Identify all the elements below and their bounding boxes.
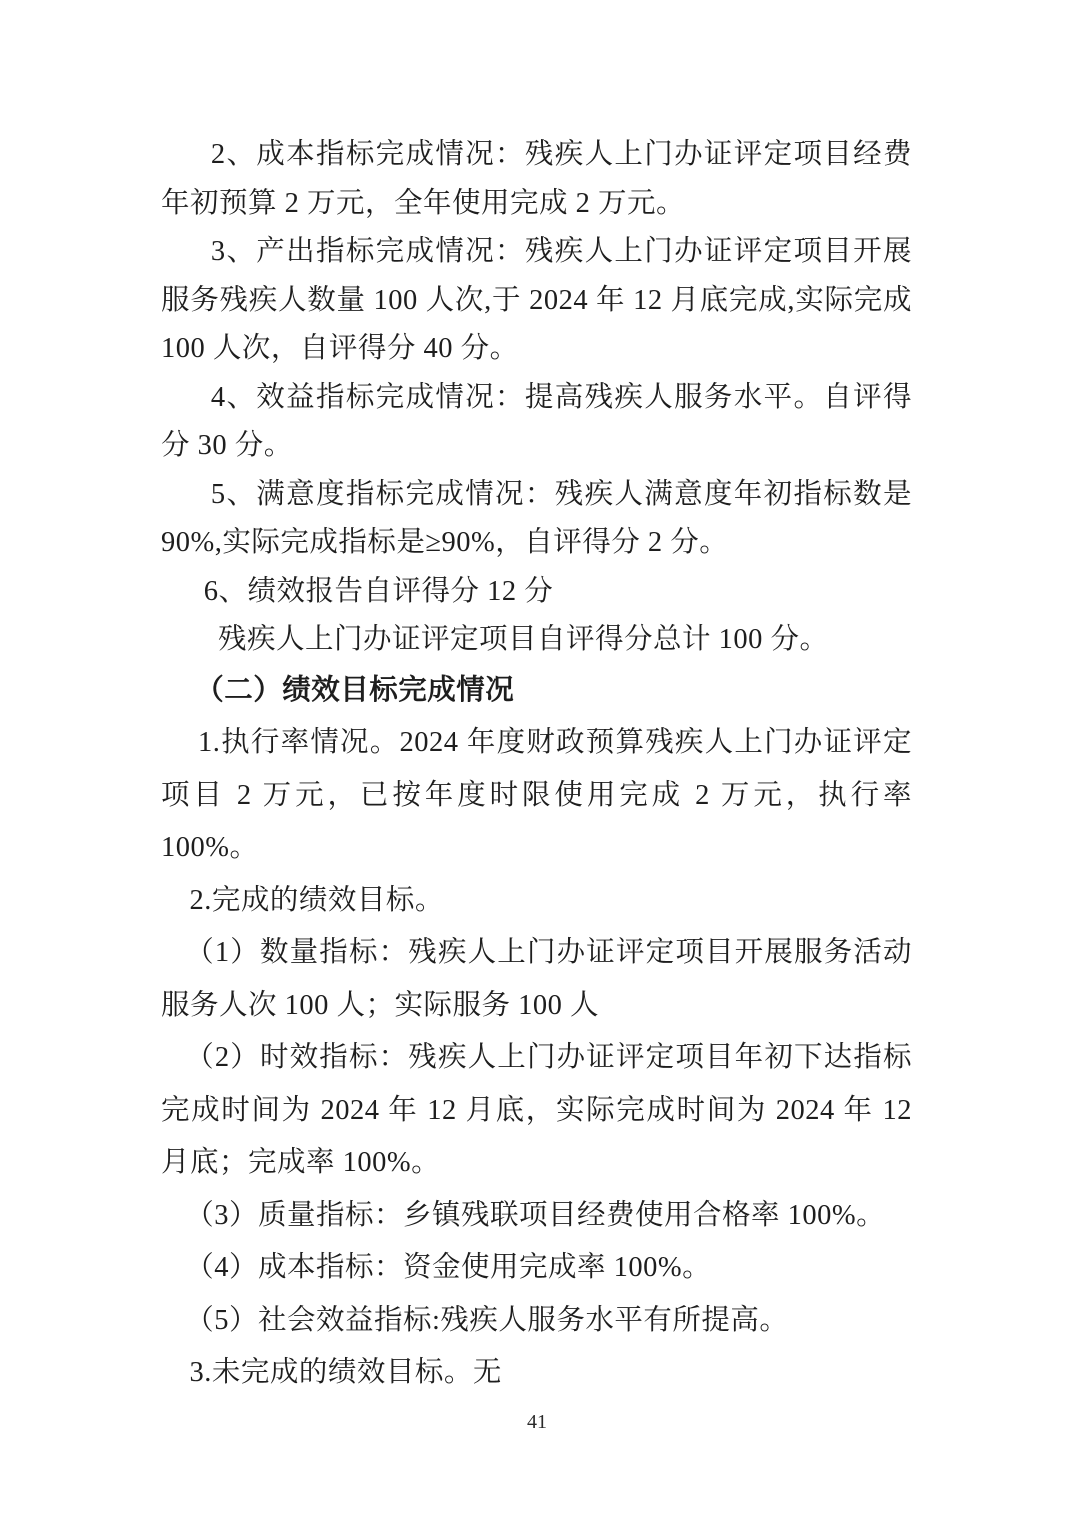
paragraph-cost-indicator-completion: 2、成本指标完成情况：残疾人上门办证评定项目经费年初预算 2 万元，全年使用完成… — [161, 131, 912, 228]
paragraph-quality-indicator: （3）质量指标：乡镇残联项目经费使用合格率 100%。 — [161, 1190, 912, 1243]
paragraph-satisfaction-indicator-completion: 5、满意度指标完成情况：残疾人满意度年初指标数是 90%,实际完成指标是≥90%… — [161, 471, 912, 568]
paragraph-output-indicator-completion: 3、产出指标完成情况：残疾人上门办证评定项目开展服务残疾人数量 100 人次,于… — [161, 228, 912, 374]
paragraph-timeliness-indicator: （2）时效指标：残疾人上门办证评定项目年初下达指标完成时间为 2024 年 12… — [161, 1032, 912, 1190]
paragraph-execution-rate: 1.执行率情况。2024 年度财政预算残疾人上门办证评定项目 2 万元，已按年度… — [161, 717, 912, 875]
document-page: 2、成本指标完成情况：残疾人上门办证评定项目经费年初预算 2 万元，全年使用完成… — [0, 0, 1074, 1520]
page-footer: 41 — [0, 1410, 1074, 1434]
document-body: 2、成本指标完成情况：残疾人上门办证评定项目经费年初预算 2 万元，全年使用完成… — [161, 131, 912, 1400]
page-number: 41 — [527, 1411, 547, 1433]
paragraph-total-self-score: 残疾人上门办证评定项目自评得分总计 100 分。 — [161, 616, 912, 665]
paragraph-uncompleted-targets: 3.未完成的绩效目标。无 — [161, 1347, 912, 1400]
paragraph-cost-indicator: （4）成本指标：资金使用完成率 100%。 — [161, 1242, 912, 1295]
paragraph-completed-targets: 2.完成的绩效目标。 — [161, 875, 912, 928]
paragraph-social-benefit-indicator: （5）社会效益指标:残疾人服务水平有所提高。 — [161, 1295, 912, 1348]
paragraph-benefit-indicator-completion: 4、效益指标完成情况：提高残疾人服务水平。自评得分 30 分。 — [161, 374, 912, 471]
paragraph-performance-report-score: 6、绩效报告自评得分 12 分 — [161, 568, 912, 617]
paragraph-quantity-indicator: （1）数量指标：残疾人上门办证评定项目开展服务活动服务人次 100 人；实际服务… — [161, 927, 912, 1032]
section-heading-performance-targets: （二）绩效目标完成情况 — [161, 665, 912, 718]
